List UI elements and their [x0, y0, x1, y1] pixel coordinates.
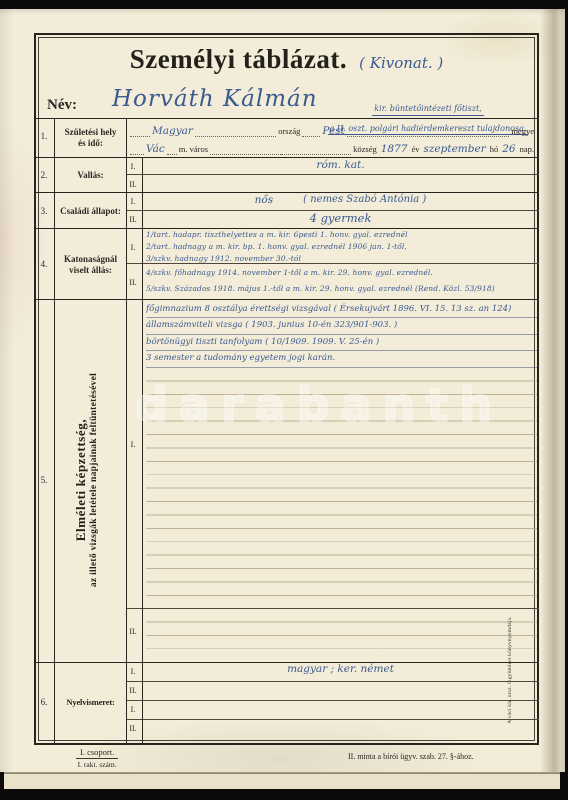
military-service-II: 4/szkv. főhadnagy 1914. november 1-től a…: [146, 265, 538, 296]
day-caption: nap.: [518, 144, 536, 155]
row3-label: Családi állapot:: [55, 206, 126, 217]
ruled-lines-II: [146, 609, 537, 661]
grid-line: [142, 157, 143, 745]
name-value: Horváth Kálmán: [112, 86, 318, 112]
birth-country-value: Magyar: [150, 125, 195, 137]
year-caption: év: [409, 144, 421, 155]
row4-number: 4.: [34, 259, 54, 269]
marital-status-line: nős ( nemes Szabó Antónia ): [142, 194, 539, 206]
city-caption: m. város: [177, 144, 210, 155]
birth-month-value: szeptember: [422, 143, 488, 155]
dotted-leader: [302, 134, 320, 137]
education-line: 3 semester a tudomány egyetem jogi karán…: [146, 351, 537, 367]
birth-year-value: 1877: [379, 143, 410, 155]
spouse-name-value: ( nemes Szabó Antónia ): [303, 194, 426, 206]
name-note-line1: kir. büntetőintézeti főtiszt,: [372, 104, 483, 116]
row1-label-line2: és idő:: [55, 138, 126, 149]
grid-line: [126, 174, 539, 175]
village-caption: község: [351, 144, 379, 155]
row5-label-vertical: Elméleti képzettség, az illető vizsgák l…: [73, 300, 107, 660]
row2-sub2: II.: [125, 180, 141, 189]
row5-label-main: Elméleti képzettség,: [73, 300, 88, 660]
dotted-leader: [130, 152, 144, 155]
military-line: 2/tart. hadnagy a m. kir. bp. 1. honv. g…: [146, 241, 538, 253]
dotted-leader: [347, 134, 428, 137]
religion-value: róm. kat.: [142, 159, 539, 171]
title-row: Személyi táblázat. ( Kivonat. ): [34, 44, 539, 75]
children-value: 4 gyermek: [142, 211, 539, 225]
row4-label: Katonaságnál viselt állás:: [55, 254, 126, 276]
birth-day-value: 26: [500, 143, 517, 155]
row3-sub1: I.: [125, 197, 141, 206]
military-line: 1/tart. hadapr. tiszthelyettes a m. kir.…: [146, 229, 538, 241]
row3-number: 3.: [34, 206, 54, 216]
birth-city-value: Vác: [144, 143, 167, 155]
row6-number: 6.: [34, 697, 54, 707]
military-line: 4/szkv. főhadnagy 1914. november 1-től a…: [146, 265, 538, 281]
row1-label-line1: Születési hely: [55, 127, 126, 138]
row2-number: 2.: [34, 170, 54, 180]
footer-group-label: I. csoport.: [76, 747, 118, 759]
title-annotation: ( Kivonat. ): [359, 54, 443, 72]
row5-sub1: I.: [125, 440, 141, 449]
row6-sub3: I.: [125, 705, 141, 714]
military-line: 5/szkv. Százados 1918. május 1.-től a m.…: [146, 281, 538, 297]
row6-sub1: I.: [125, 667, 141, 676]
footer-form-reference: II. minta a bírói ügyv. szab. 27. §-ához…: [348, 752, 540, 761]
row4-label-line2: viselt állás:: [55, 265, 126, 276]
dotted-leader: [195, 134, 276, 137]
dotted-leader: [167, 152, 177, 155]
military-line: 3/szkv. hadnagy 1912. november 30.-tól: [146, 253, 538, 265]
row3-sub2: II.: [125, 215, 141, 224]
education-line: államszámviteli vizsga ( 1903. junius 10…: [146, 318, 537, 334]
military-service-I: 1/tart. hadapr. tiszthelyettes a m. kir.…: [146, 229, 538, 264]
grid-line: [126, 681, 539, 682]
row2-label: Vallás:: [55, 170, 126, 181]
row5-label-sub: az illető vizsgák letétele napjainak fel…: [88, 300, 100, 660]
row1-line1: Magyar ország Pest megye: [130, 121, 536, 137]
row4-label-line1: Katonaságnál: [55, 254, 126, 265]
row4-sub2: II.: [125, 278, 141, 287]
ruled-lines-I: [146, 368, 537, 607]
printer-imprint: A váci kir. orsz. fegyintézet könyvnyomd…: [507, 610, 515, 730]
row2-sub1: I.: [125, 162, 141, 171]
grid-line: [34, 118, 539, 119]
scanned-document: { "colors": { "paper": "#f2ecd9", "ink_b…: [0, 0, 568, 800]
county-caption: megye: [509, 126, 536, 137]
education-lines: főgimnazium 8 osztálya érettségi vizsgáv…: [146, 302, 537, 368]
country-caption: ország: [276, 126, 302, 137]
birth-county-value: Pest: [320, 125, 346, 137]
marital-status-value: nős: [255, 194, 273, 206]
row5-number: 5.: [34, 475, 54, 485]
grid-line: [126, 118, 127, 745]
row1-line2: Vác m. város község 1877 év szeptember h…: [130, 139, 536, 155]
education-line: főgimnazium 8 osztálya érettségi vizsgáv…: [146, 302, 537, 318]
languages-value: magyar ; ker. német: [142, 663, 539, 675]
grid-line: [126, 700, 539, 701]
dotted-leader: [428, 134, 509, 137]
footer-stock-label: I. rakt. szám.: [76, 759, 118, 769]
footer-group-number: I. csoport. I. rakt. szám.: [76, 747, 118, 769]
grid-line: [126, 719, 539, 720]
education-line: börtönügyi tiszti tanfolyam ( 10/1909. 1…: [146, 335, 537, 351]
dotted-leader: [130, 134, 150, 137]
under-sheet-edge: [4, 772, 560, 789]
row1-number: 1.: [34, 131, 54, 141]
row5-sub2: II.: [125, 627, 141, 636]
row1-label: Születési hely és idő:: [55, 127, 126, 149]
dotted-leader: [210, 152, 281, 155]
row4-sub1: I.: [125, 243, 141, 252]
row6-sub2: II.: [125, 686, 141, 695]
row6-label: Nyelvismeret:: [55, 697, 126, 708]
row6-sub4: II.: [125, 724, 141, 733]
month-caption: hó: [488, 144, 501, 155]
name-label: Név:: [47, 97, 77, 114]
document-title: Személyi táblázat.: [130, 44, 347, 75]
grid-line: [34, 299, 539, 300]
dotted-leader: [281, 152, 352, 155]
